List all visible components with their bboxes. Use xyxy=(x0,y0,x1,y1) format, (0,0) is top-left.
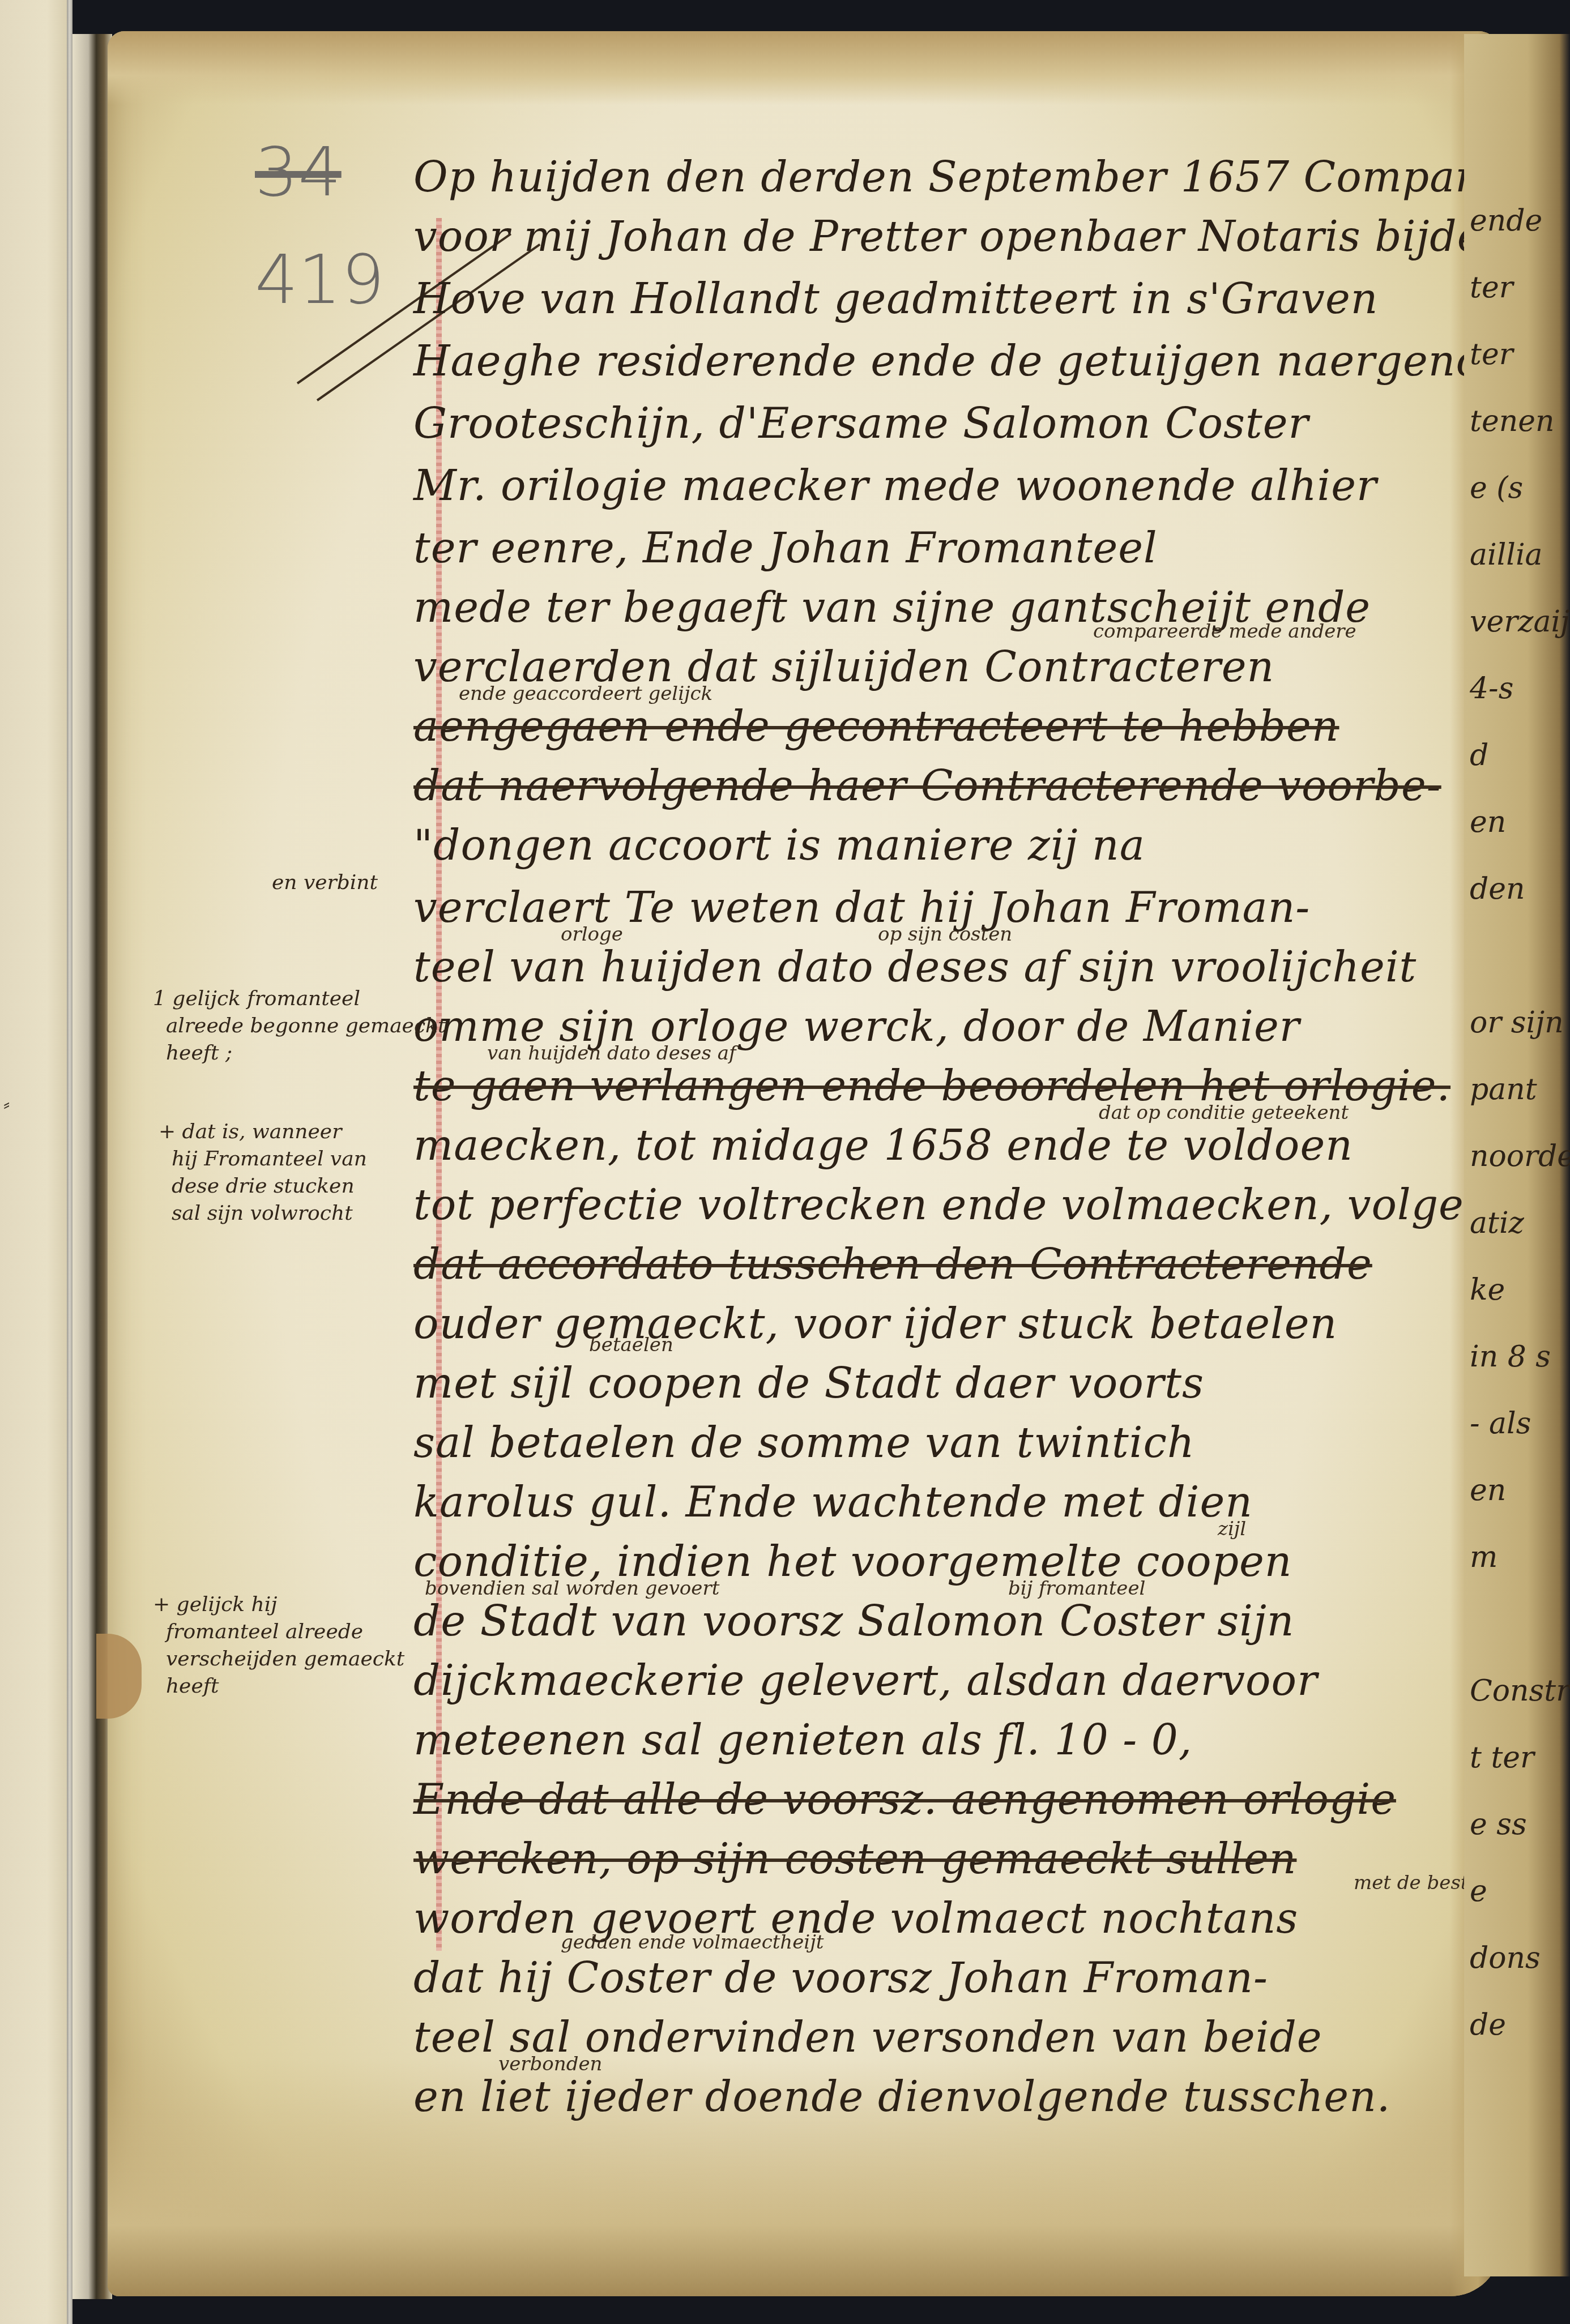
manuscript-line: tot perfectie voltrecken ende volmaecken… xyxy=(413,1181,1545,1229)
manuscript-line: Grooteschijn, d'Eersame Salomon Coster xyxy=(413,399,1309,448)
next-page-fragment: aillia xyxy=(1470,538,1543,572)
next-page-fragment: den xyxy=(1470,872,1525,906)
next-page-fragment: m xyxy=(1470,1540,1498,1574)
manuscript-line: aengegaen ende gecontracteert te hebben xyxy=(413,702,1339,751)
manuscript-line: dat naervolgende haer Contracterende voo… xyxy=(413,762,1441,810)
next-page-fragment: e ss xyxy=(1470,1808,1527,1842)
interlinear-insertion: gedaen ende volmaectheijt xyxy=(561,1931,824,1954)
manuscript-line: "dongen accoort is maniere zij na xyxy=(413,821,1145,870)
manuscript-line: meteenen sal genieten als fl. 10 - 0, xyxy=(413,1716,1192,1765)
next-page-fragment: or sijn xyxy=(1470,1006,1564,1040)
next-page-fragment: tenen xyxy=(1470,404,1554,438)
manuscript-line: dat hij Coster de voorsz Johan Froman- xyxy=(413,1954,1268,2002)
margin-note: en verbint xyxy=(272,869,378,896)
manuscript-line: Mr. orilogie maecker mede woonende alhie… xyxy=(413,462,1377,510)
manuscript-line: maecken, tot midage 1658 ende te voldoen xyxy=(413,1121,1353,1170)
next-page-fragment: Constr xyxy=(1470,1674,1570,1708)
next-page-fragment: in 8 s xyxy=(1470,1340,1551,1374)
manuscript-line: Haeghe residerende ende de getuijgen nae… xyxy=(413,337,1565,386)
manuscript-line: verclaert Te weten dat hij Johan Froman- xyxy=(413,883,1310,932)
manuscript-line: wercken, op sijn costen gemaeckt sullen xyxy=(413,1835,1296,1883)
manuscript-line: Hove van Hollandt geadmitteert in s'Grav… xyxy=(413,275,1378,323)
next-page-fragment: d xyxy=(1470,738,1488,772)
next-page-fragment: de xyxy=(1470,2008,1506,2042)
manuscript-line: voor mij Johan de Pretter openbaer Notar… xyxy=(413,212,1510,261)
facing-page-mark: ⸗ xyxy=(3,1093,10,1116)
manuscript-line: dat accordato tusschen den Contracterend… xyxy=(413,1240,1372,1289)
manuscript-line: sal betaelen de somme van twintich xyxy=(413,1419,1195,1467)
interlinear-insertion: compareerde mede andere xyxy=(1093,620,1356,643)
manuscript-line: met sijl coopen de Stadt daer voorts xyxy=(413,1359,1204,1408)
interlinear-insertion: dat op conditie geteekent xyxy=(1099,1101,1349,1124)
facing-page-strip: ⸗ xyxy=(0,0,67,2324)
interlinear-insertion: bij fromanteel xyxy=(1008,1577,1145,1600)
next-page-fragment: atiz xyxy=(1470,1206,1524,1240)
manuscript-line: dijckmaeckerie gelevert, alsdan daervoor xyxy=(413,1656,1318,1705)
manuscript-line: de Stadt van voorsz Salomon Coster sijn xyxy=(413,1597,1295,1646)
next-page-edge: endetertertenene (sailliaverzaije4-sdend… xyxy=(1464,34,1570,2276)
next-page-fragment: en xyxy=(1470,805,1506,839)
interlinear-insertion: orloge xyxy=(561,923,623,946)
water-stain-top xyxy=(108,31,1501,105)
next-page-fragment: - als xyxy=(1470,1407,1531,1441)
next-page-fragment: e (s xyxy=(1470,471,1523,505)
folio-number-crossed-out: 34 xyxy=(255,133,342,212)
manuscript-line: ter eenre, Ende Johan Fromanteel xyxy=(413,524,1158,573)
next-page-fragment: verzaije xyxy=(1470,605,1570,639)
brown-blot xyxy=(96,1634,142,1719)
manuscript-line: worden gevoert ende volmaect nochtans xyxy=(413,1894,1298,1943)
next-page-fragment: ende xyxy=(1470,204,1542,238)
interlinear-insertion: bovendien sal worden gevoert xyxy=(425,1577,719,1600)
manuscript-line: ouder gemaeckt, voor ijder stuck betaele… xyxy=(413,1300,1337,1348)
next-page-fragment: e xyxy=(1470,1874,1487,1908)
manuscript-folio: 34 419 Op huijden den derden September 1… xyxy=(108,31,1501,2296)
next-page-fragment: 4-s xyxy=(1470,672,1513,706)
manuscript-line: karolus gul. Ende wachtende met dien xyxy=(413,1478,1253,1527)
next-page-fragment: ke xyxy=(1470,1273,1505,1307)
manuscript-line: en liet ijeder doende dienvolgende tussc… xyxy=(413,2073,1390,2121)
gutter-shadow xyxy=(72,34,112,2299)
next-page-fragment: ter xyxy=(1470,271,1513,305)
next-page-fragment: noorde xyxy=(1470,1139,1570,1173)
next-page-fragment: en xyxy=(1470,1473,1506,1507)
interlinear-insertion: zijl xyxy=(1218,1518,1246,1540)
folio-number: 419 xyxy=(255,241,385,319)
interlinear-insertion: van huijden dato deses af xyxy=(487,1042,736,1065)
next-page-fragment: pant xyxy=(1470,1073,1537,1107)
manuscript-line: teel van huijden dato deses af sijn vroo… xyxy=(413,943,1417,992)
binding-rule xyxy=(67,0,72,2324)
manuscript-line: Ende dat alle de voorsz. aengenomen orlo… xyxy=(413,1775,1396,1824)
interlinear-insertion: betaelen xyxy=(589,1334,673,1356)
margin-note: 1 gelijck fromanteel alreede begonne gem… xyxy=(153,985,446,1067)
next-page-fragment: t ter xyxy=(1470,1741,1534,1775)
next-page-fragment: ter xyxy=(1470,338,1513,371)
margin-note: + gelijck hij fromanteel alreede versche… xyxy=(153,1591,404,1700)
margin-note: + dat is, wanneer hij Fromanteel van des… xyxy=(159,1118,367,1227)
interlinear-insertion: op sijn costen xyxy=(878,923,1012,946)
next-page-fragment: dons xyxy=(1470,1941,1541,1975)
interlinear-insertion: verbonden xyxy=(498,2053,603,2075)
interlinear-insertion: ende geaccordeert gelijck xyxy=(459,682,713,705)
manuscript-line: Op huijden den derden September 1657 Com… xyxy=(413,153,1570,202)
